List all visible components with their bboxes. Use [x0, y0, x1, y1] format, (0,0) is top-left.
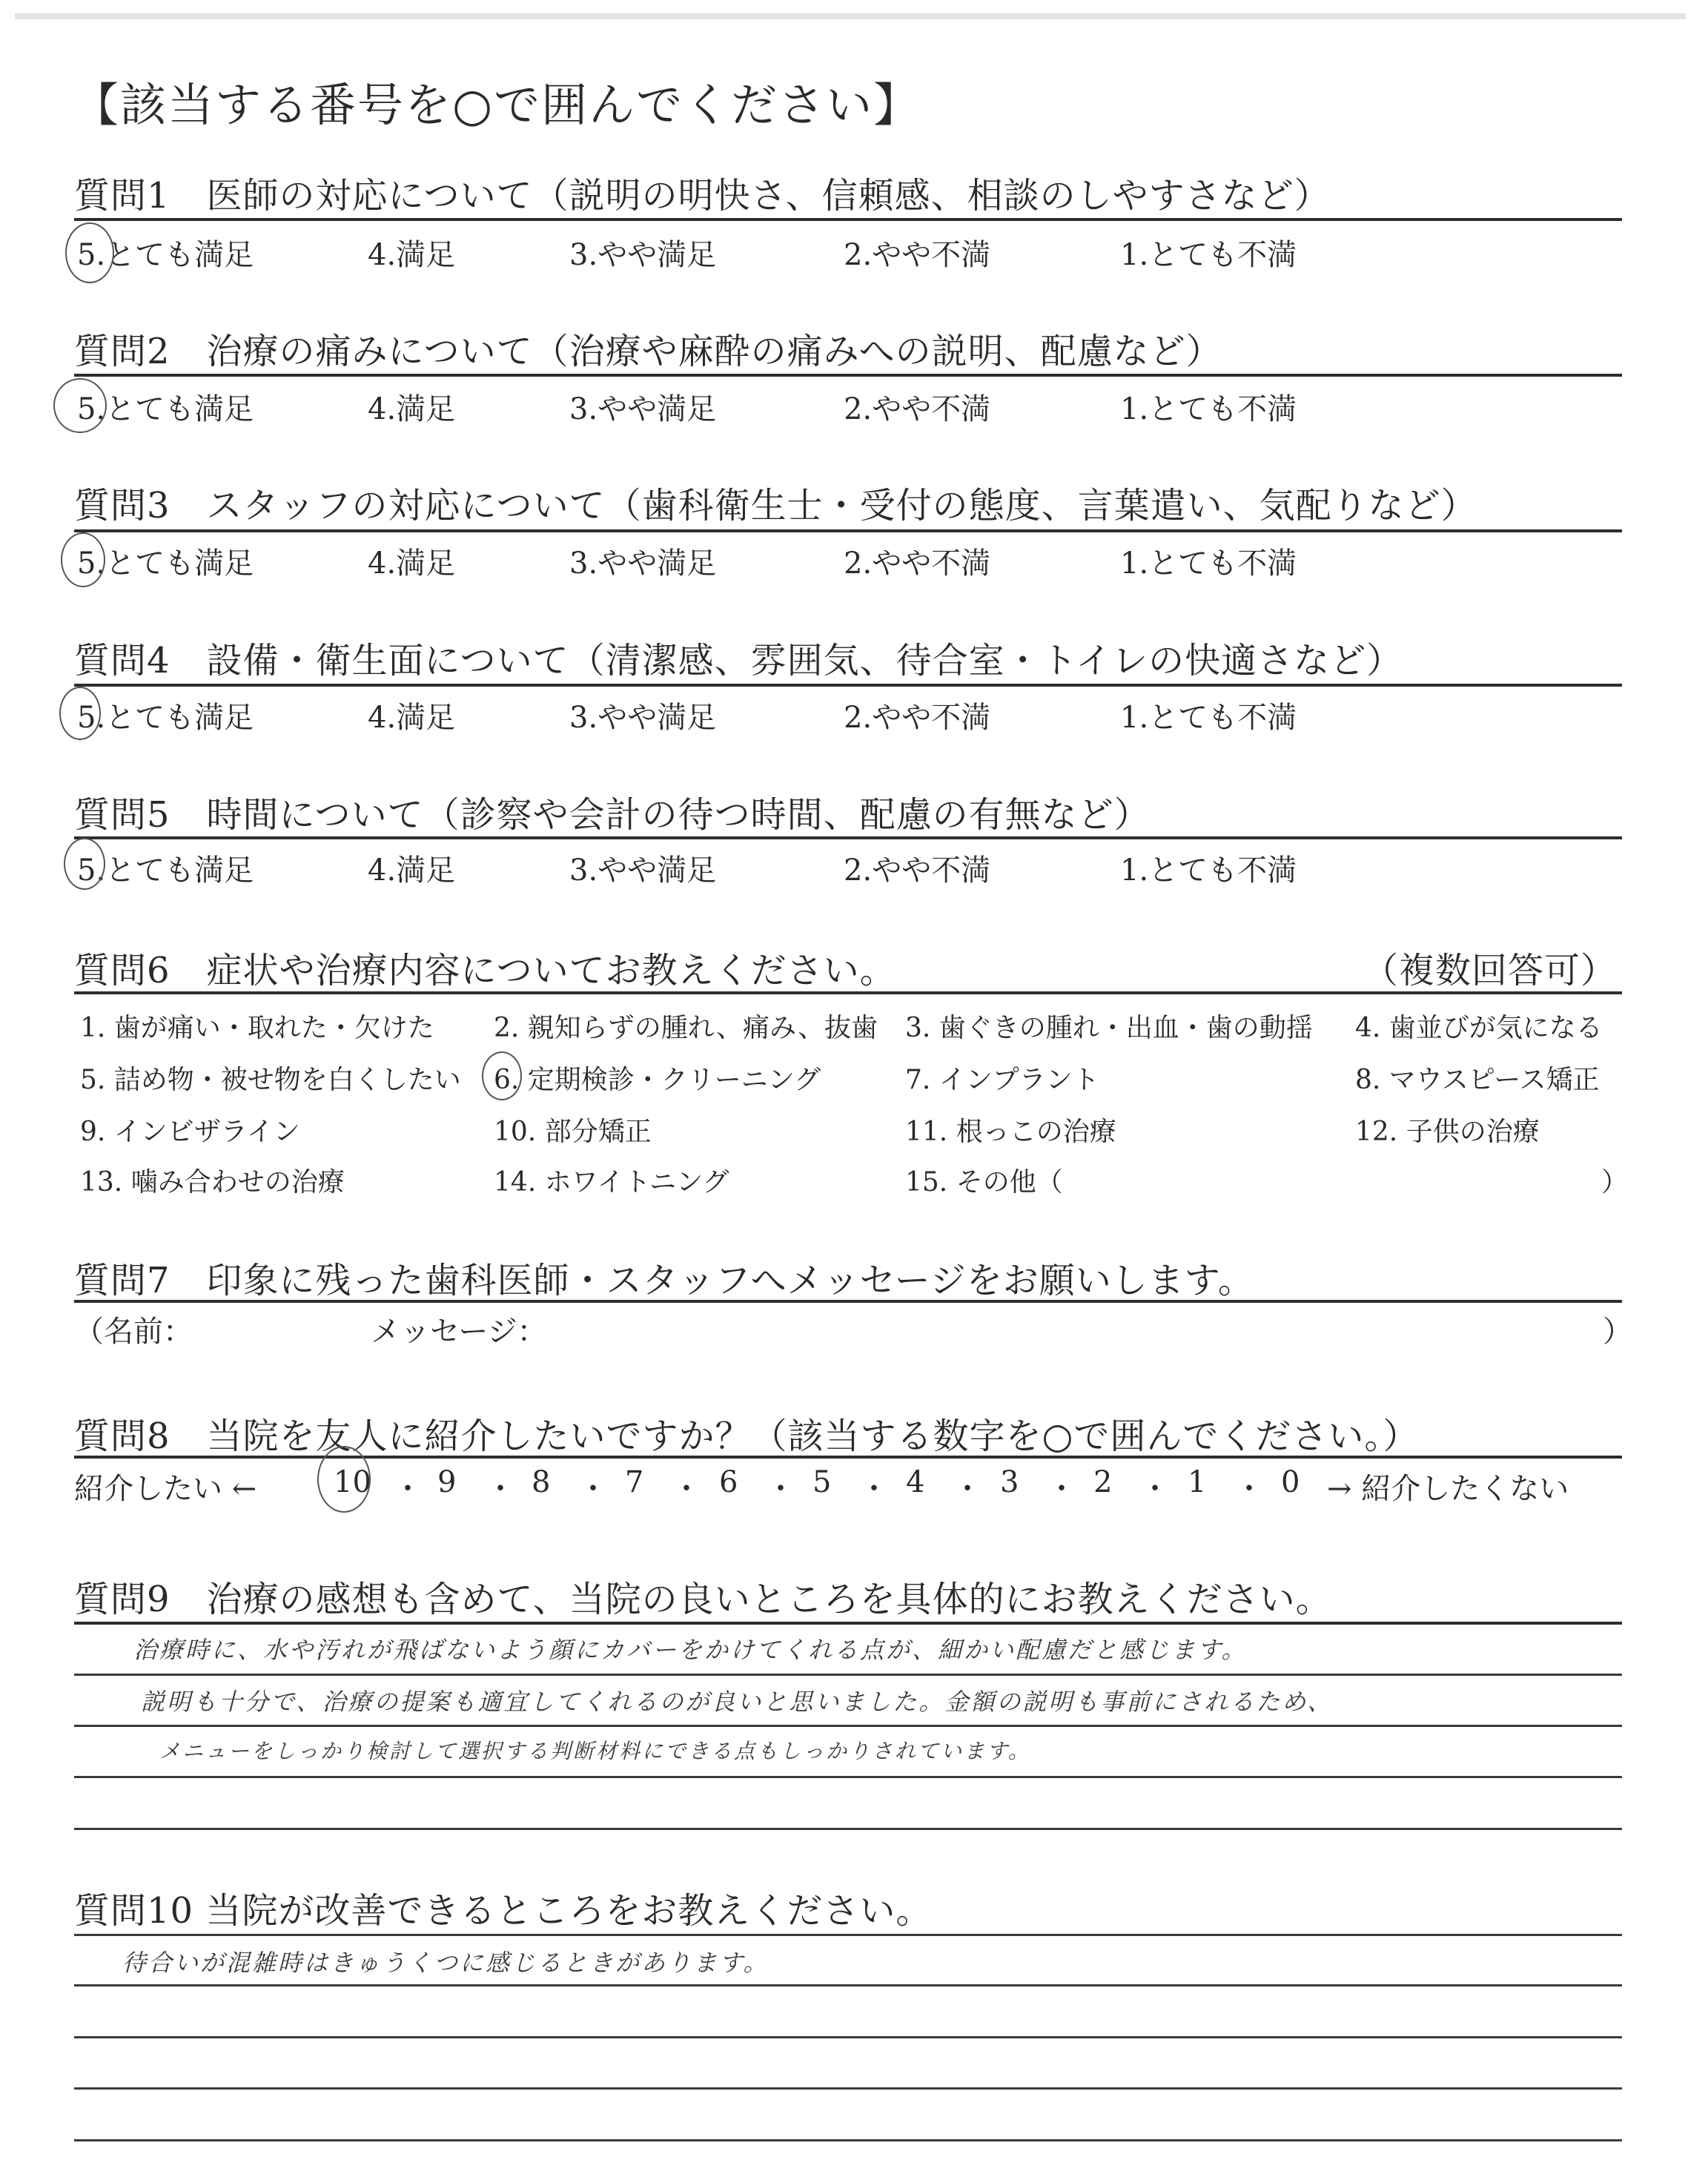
score-1[interactable]: 1: [1188, 1465, 1206, 1499]
divider: [74, 1622, 1622, 1625]
multiple-answers-note: （複数回答可）: [1363, 942, 1617, 993]
answer-rule: [74, 1725, 1622, 1727]
selection-circle: [64, 838, 105, 890]
q6-item-9[interactable]: 9. インビザライン: [80, 1111, 300, 1149]
q6-item-1[interactable]: 1. 歯が痛い・取れた・欠けた: [80, 1007, 434, 1045]
selection-circle: [53, 378, 107, 433]
q4-option-1[interactable]: 1.とても不満: [1120, 694, 1297, 736]
question-7-heading: 質問7 印象に残った歯科医師・スタッフへメッセージをお願いします。: [74, 1252, 1254, 1303]
answer-rule: [74, 2139, 1622, 2141]
dot: ・: [953, 1465, 982, 1507]
divider: [74, 1456, 1622, 1459]
selection-circle: [482, 1051, 522, 1100]
divider: [74, 991, 1622, 994]
question-8-heading: 質問8 当院を友人に紹介したいですか？（該当する数字を○で囲んでください。）: [74, 1407, 1419, 1459]
q3-option-1[interactable]: 1.とても不満: [1120, 540, 1297, 582]
divider: [74, 1300, 1622, 1303]
score-0[interactable]: 0: [1281, 1465, 1300, 1499]
not-recommend-label: → 紹介したくない: [1327, 1465, 1569, 1507]
score-3[interactable]: 3: [1000, 1465, 1019, 1499]
dot: ・: [1047, 1465, 1076, 1507]
q5-option-1[interactable]: 1.とても不満: [1120, 847, 1297, 889]
dot: ・: [578, 1465, 608, 1507]
scan-edge: [15, 13, 1686, 19]
q6-item-6[interactable]: 6. 定期検診・クリーニング: [494, 1059, 821, 1097]
q5-option-3[interactable]: 3.やや満足: [569, 847, 716, 889]
dot: ・: [486, 1465, 515, 1507]
page-title: 【該当する番号を○で囲んでください】: [73, 68, 921, 134]
divider: [74, 218, 1622, 221]
q2-option-4[interactable]: 4.満足: [368, 386, 455, 428]
answer-rule: [74, 1674, 1622, 1676]
answer-rule: [74, 1934, 1622, 1936]
q3-option-2[interactable]: 2.やや不満: [844, 540, 990, 582]
q3-option-4[interactable]: 4.満足: [368, 540, 455, 582]
answer-line-1[interactable]: 待合いが混雑時はきゅうくつに感じるときがあります。: [122, 1944, 769, 1978]
score-6[interactable]: 6: [719, 1465, 738, 1499]
q4-option-4[interactable]: 4.満足: [368, 694, 455, 736]
dot: ・: [766, 1465, 795, 1507]
question-10-heading: 質問10 当院が改善できるところをお教えください。: [74, 1882, 932, 1933]
dot: ・: [393, 1465, 423, 1507]
score-8[interactable]: 8: [532, 1465, 550, 1499]
answer-rule: [74, 1776, 1622, 1778]
message-label: メッセージ：: [371, 1308, 547, 1350]
q6-item-8[interactable]: 8. マウスピース矯正: [1355, 1059, 1599, 1097]
question-6-heading: 質問6 症状や治療内容についてお教えください。: [74, 942, 896, 993]
q6-item-14[interactable]: 14. ホワイトニング: [494, 1161, 729, 1199]
q3-option-3[interactable]: 3.やや満足: [569, 540, 716, 582]
answer-rule: [74, 2036, 1622, 2038]
divider: [74, 836, 1622, 839]
divider: [74, 529, 1622, 532]
q4-option-3[interactable]: 3.やや満足: [569, 694, 716, 736]
q2-option-1[interactable]: 1.とても不満: [1120, 386, 1297, 428]
q1-option-3[interactable]: 3.やや満足: [569, 231, 716, 274]
dot: ・: [859, 1465, 889, 1507]
q2-option-2[interactable]: 2.やや不満: [844, 386, 990, 428]
other-close-paren: ）: [1601, 1161, 1628, 1199]
recommend-label: 紹介したい ←: [74, 1465, 256, 1507]
q6-item-11[interactable]: 11. 根っこの治療: [905, 1111, 1116, 1149]
score-5[interactable]: 5: [812, 1465, 831, 1499]
q1-option-1[interactable]: 1.とても不満: [1120, 231, 1297, 274]
answer-line-2[interactable]: 説明も十分で、治療の提案も適宜してくれるのが良いと思いました。金額の説明も事前に…: [141, 1683, 1333, 1717]
q4-option-2[interactable]: 2.やや不満: [844, 694, 990, 736]
answer-rule: [74, 1828, 1622, 1830]
score-2[interactable]: 2: [1093, 1465, 1112, 1499]
q6-item-3[interactable]: 3. 歯ぐきの腫れ・出血・歯の動揺: [905, 1007, 1313, 1045]
selection-circle: [65, 222, 114, 283]
answer-line-3[interactable]: メニューをしっかり検討して選択する判断材料にできる点もしっかりされています。: [159, 1735, 1031, 1765]
name-label: （名前：: [74, 1308, 193, 1350]
divider: [74, 374, 1622, 377]
question-5-heading: 質問5 時間について（診察や会計の待つ時間、配慮の有無など）: [74, 786, 1151, 837]
dot: ・: [1234, 1465, 1264, 1507]
q6-item-4[interactable]: 4. 歯並びが気になる: [1355, 1007, 1603, 1045]
q2-option-3[interactable]: 3.やや満足: [569, 386, 716, 428]
answer-rule: [74, 2087, 1622, 2090]
answer-line-1[interactable]: 治療時に、水や汚れが飛ばないよう顔にカバーをかけてくれる点が、細かい配慮だと感じ…: [133, 1631, 1247, 1665]
score-9[interactable]: 9: [437, 1465, 456, 1499]
q5-option-4[interactable]: 4.満足: [368, 847, 455, 889]
q6-item-15[interactable]: 15. その他（: [905, 1161, 1063, 1199]
q6-item-7[interactable]: 7. インプラント: [905, 1059, 1099, 1097]
dot: ・: [1140, 1465, 1170, 1507]
score-7[interactable]: 7: [625, 1465, 643, 1499]
question-3-heading: 質問3 スタッフの対応について（歯科衛生士・受付の態度、言葉遣い、気配りなど）: [74, 477, 1477, 528]
q6-item-12[interactable]: 12. 子供の治療: [1355, 1111, 1540, 1149]
question-9-heading: 質問9 治療の感想も含めて、当院の良いところを具体的にお教えください。: [74, 1571, 1332, 1622]
selection-circle: [59, 687, 101, 740]
divider: [74, 684, 1622, 687]
q6-item-10[interactable]: 10. 部分矯正: [494, 1111, 652, 1149]
q6-item-13[interactable]: 13. 噛み合わせの治療: [80, 1161, 345, 1199]
question-1-heading: 質問1 医師の対応について（説明の明快さ、信頼感、相談のしやすさなど）: [74, 167, 1331, 218]
dot: ・: [672, 1465, 701, 1507]
selection-circle: [317, 1446, 371, 1513]
close-paren: ）: [1603, 1308, 1632, 1350]
selection-circle: [61, 532, 105, 587]
q1-option-2[interactable]: 2.やや不満: [844, 231, 990, 274]
q4-option-5[interactable]: 5.とても満足: [77, 694, 254, 736]
q1-option-4[interactable]: 4.満足: [368, 231, 455, 274]
question-2-heading: 質問2 治療の痛みについて（治療や麻酔の痛みへの説明、配慮など）: [74, 323, 1222, 374]
score-4[interactable]: 4: [906, 1465, 924, 1499]
q6-item-2[interactable]: 2. 親知らずの腫れ、痛み、抜歯: [494, 1007, 878, 1045]
q5-option-2[interactable]: 2.やや不満: [844, 847, 990, 889]
q6-item-5[interactable]: 5. 詰め物・被せ物を白くしたい: [80, 1059, 461, 1097]
question-4-heading: 質問4 設備・衛生面について（清潔感、雰囲気、待合室・トイレの快適さなど）: [74, 632, 1403, 683]
answer-rule: [74, 1984, 1622, 1986]
